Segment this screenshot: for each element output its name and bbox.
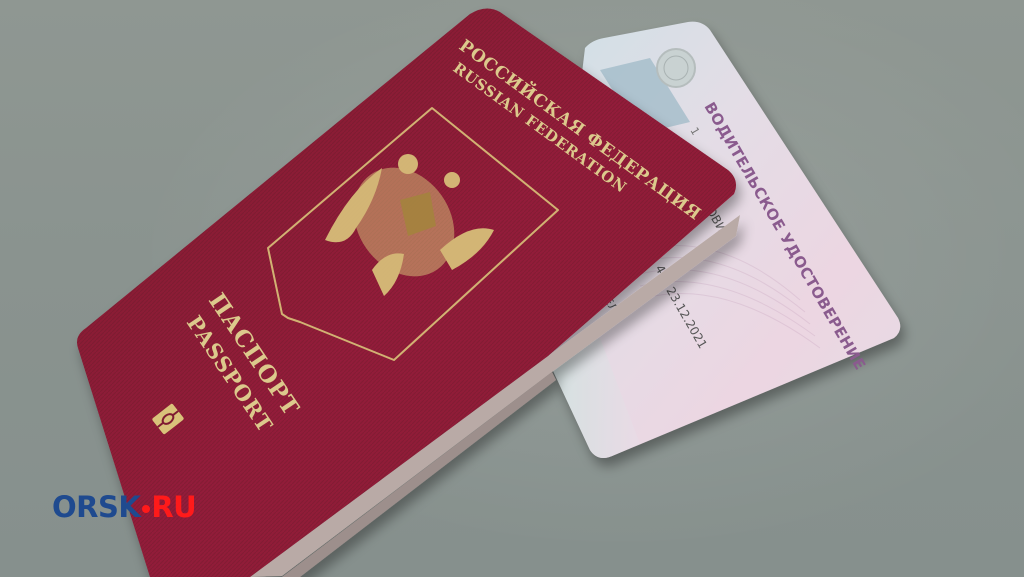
watermark-dot-icon (142, 505, 150, 513)
orsk-ru-watermark-logo: ORSK RU (52, 493, 196, 522)
watermark-left-text: ORSK (52, 493, 140, 522)
photo-scene: ВОДИТЕЛЬСКОЕ УДОСТОВЕРЕНИЕ 1 ОВИЧ 4b) 23… (0, 0, 1024, 577)
watermark-right-text: RU (151, 493, 196, 522)
